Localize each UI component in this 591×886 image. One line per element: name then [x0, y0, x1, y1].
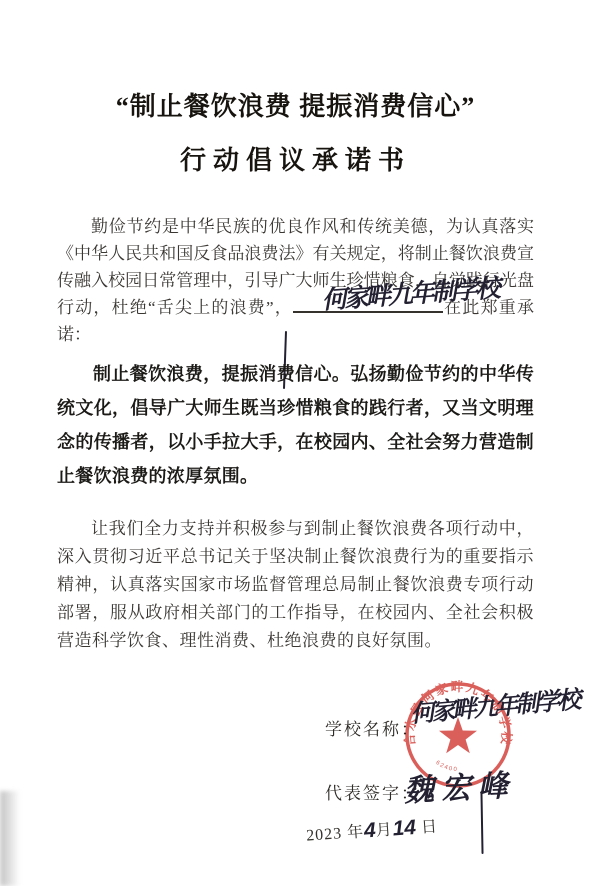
day-label: 日	[420, 818, 438, 836]
date-year: 2023	[306, 825, 343, 844]
handwritten-month: 4	[363, 819, 376, 843]
paragraph-action: 让我们全力支持并积极参与到制止餐饮浪费各项行动中，深入贯彻习近平总书记关于坚决制…	[57, 515, 534, 655]
year-label: 年	[347, 824, 365, 842]
month-label: 月	[375, 822, 393, 840]
document-page: “制止餐饮浪费 提振消费信心” 行动倡议承诺书 勤俭节约是中华民族的优良作风和传…	[0, 0, 591, 886]
scan-shadow	[0, 791, 20, 886]
paragraph-opening: 勤俭节约是中华民族的优良作风和传统美德，为认真落实《中华人民共和国反食品浪费法》…	[57, 213, 534, 348]
date-row: 2023 年4月14 日	[305, 813, 438, 846]
fill-in-blank-underline: 何家畔九年制学校	[293, 297, 443, 313]
document-title-line-1: “制止餐饮浪费 提振消费信心”	[0, 86, 591, 123]
handwritten-signature: 魏宏峰	[403, 760, 516, 810]
handwritten-day: 14	[392, 816, 417, 841]
document-title-line-2: 行动倡议承诺书	[0, 140, 591, 177]
paragraph-commitment: 制止餐饮浪费，提振消费信心。弘扬勤俭节约的中华传统文化，倡导广大师生既当珍惜粮食…	[57, 357, 534, 493]
